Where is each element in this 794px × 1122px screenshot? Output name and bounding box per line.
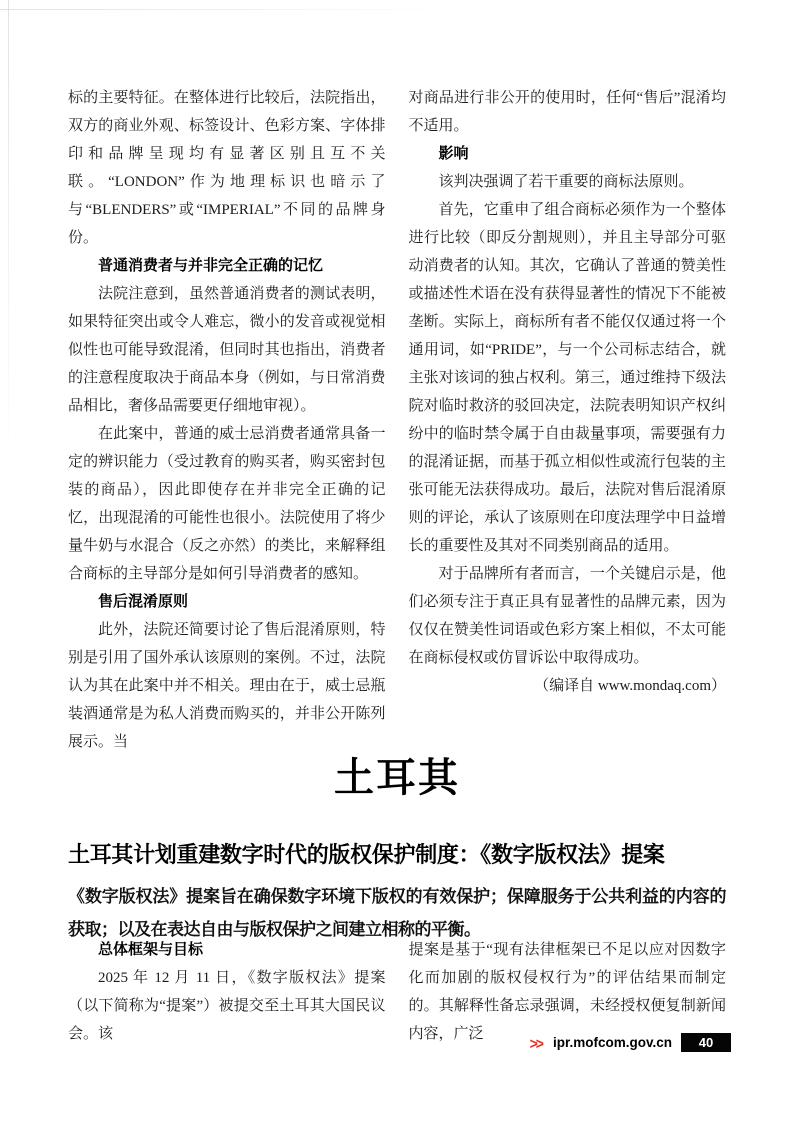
paragraph: 法院注意到，虽然普通消费者的测试表明，如果特征突出或令人难忘，微小的发音或视觉相…	[68, 280, 386, 420]
document-page: 标的主要特征。在整体进行比较后，法院指出，双方的商业外观、标签设计、色彩方案、字…	[0, 0, 794, 1122]
paragraph: 提案是基于“现有法律框架已不足以应对因数字化而加剧的版权侵权行为”的评估结果而制…	[409, 936, 727, 1048]
page-footer: >> ipr.mofcom.gov.cn 40	[530, 1033, 731, 1052]
page-number-badge: 40	[681, 1033, 731, 1052]
article1-right-column: 对商品进行非公开的使用时，任何“售后”混淆均不适用。影响该判决强调了若干重要的商…	[409, 84, 727, 756]
article-trademark-body: 标的主要特征。在整体进行比较后，法院指出，双方的商业外观、标签设计、色彩方案、字…	[68, 84, 726, 756]
article-copyright-body: 总体框架与目标2025 年 12 月 11 日，《数字版权法》提案（以下简称为“…	[68, 936, 726, 1048]
article2-left-column: 总体框架与目标2025 年 12 月 11 日，《数字版权法》提案（以下简称为“…	[68, 936, 386, 1048]
article2-headline: 土耳其计划重建数字时代的版权保护制度：《数字版权法》提案	[68, 840, 726, 870]
paragraph: 在此案中，普通的威士忌消费者通常具备一定的辨识能力（受过教育的购买者，购买密封包…	[68, 420, 386, 588]
paragraph: 该判决强调了若干重要的商标法原则。	[409, 168, 727, 196]
paragraph: 2025 年 12 月 11 日，《数字版权法》提案（以下简称为“提案”）被提交…	[68, 964, 386, 1048]
subheading: 售后混淆原则	[68, 588, 386, 616]
paragraph: 标的主要特征。在整体进行比较后，法院指出，双方的商业外观、标签设计、色彩方案、字…	[68, 84, 386, 252]
paragraph: 对于品牌所有者而言，一个关键启示是，他们必须专注于真正具有显著性的品牌元素，因为…	[409, 560, 727, 672]
footer-site-url: ipr.mofcom.gov.cn	[553, 1035, 672, 1050]
article1-left-column: 标的主要特征。在整体进行比较后，法院指出，双方的商业外观、标签设计、色彩方案、字…	[68, 84, 386, 756]
article2-right-column: 提案是基于“现有法律框架已不足以应对因数字化而加剧的版权侵权行为”的评估结果而制…	[409, 936, 727, 1048]
paragraph: 此外，法院还简要讨论了售后混淆原则，特别是引用了国外承认该原则的案例。不过，法院…	[68, 616, 386, 756]
page-edge-line-left	[8, 0, 9, 471]
paragraph: 首先，它重申了组合商标必须作为一个整体进行比较（即反分割规则），并且主导部分可驱…	[409, 196, 727, 560]
credit-line: （编译自 www.mondaq.com）	[409, 672, 727, 700]
section-title-turkey: 土耳其	[0, 748, 794, 808]
double-chevron-icon: >>	[530, 1033, 544, 1051]
subheading: 影响	[409, 140, 727, 168]
subheading: 普通消费者与并非完全正确的记忆	[68, 252, 386, 280]
paragraph: 对商品进行非公开的使用时，任何“售后”混淆均不适用。	[409, 84, 727, 140]
article2-header: 土耳其计划重建数字时代的版权保护制度：《数字版权法》提案 《数字版权法》提案旨在…	[68, 840, 726, 946]
page-edge-line-top	[0, 9, 461, 10]
subheading: 总体框架与目标	[68, 936, 386, 964]
